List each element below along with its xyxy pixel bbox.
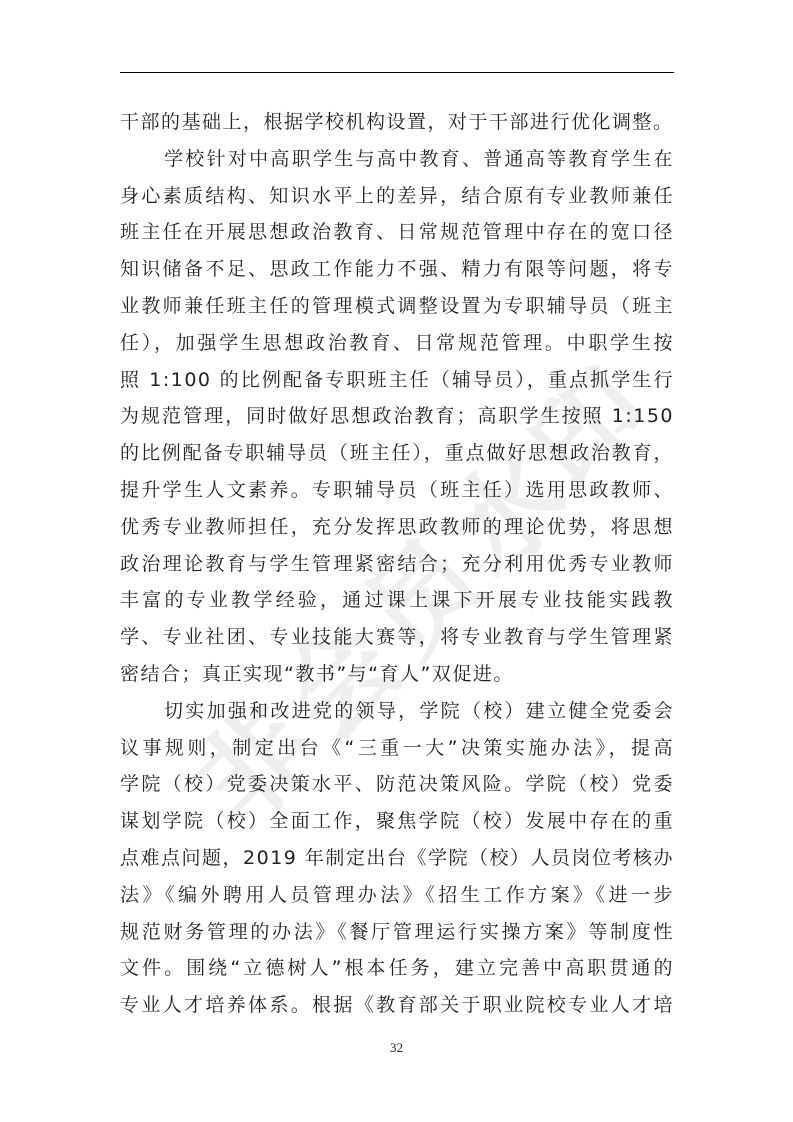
text-line: 为规范管理，同时做好思想政治教育；高职学生按照 1:150 (120, 398, 674, 435)
text-line: 点难点问题，2019 年制定出台《学院（校）人员岗位考核办 (120, 840, 674, 877)
text-line: 规范财务管理的办法》《餐厅管理运行实操方案》等制度性 (120, 914, 674, 951)
text-line: 学、专业社团、专业技能大赛等，将专业教育与学生管理紧 (120, 619, 674, 656)
text-line: 丰富的专业教学经验，通过课上课下开展专业技能实践教 (120, 582, 674, 619)
text-line: 专业人才培养体系。根据《教育部关于职业院校专业人才培 (120, 987, 674, 1024)
text-line: 文件。围绕“立德树人”根本任务，建立完善中高职贯通的 (120, 950, 674, 987)
text-line: 业教师兼任班主任的管理模式调整设置为专职辅导员（班主 (120, 288, 674, 325)
text-line: 提升学生人文素养。专职辅导员（班主任）选用思政教师、 (120, 472, 674, 509)
text-line: 学院（校）党委决策水平、防范决策风险。学院（校）党委 (120, 766, 674, 803)
text-line: 知识储备不足、思政工作能力不强、精力有限等问题，将专 (120, 251, 674, 288)
text-line: 密结合；真正实现“教书”与“育人”双促进。 (120, 656, 674, 693)
text-line: 议事规则，制定出台《“三重一大”决策实施办法》，提高 (120, 730, 674, 767)
text-line: 学校针对中高职学生与高中教育、普通高等教育学生在 (120, 141, 674, 178)
text-line: 身心素质结构、知识水平上的差异，结合原有专业教师兼任 (120, 178, 674, 215)
text-line: 政治理论教育与学生管理紧密结合；充分利用优秀专业教师 (120, 546, 674, 583)
text-line: 任），加强学生思想政治教育、日常规范管理。中职学生按 (120, 325, 674, 362)
text-line: 班主任在开展思想政治教育、日常规范管理中存在的宽口径 (120, 214, 674, 251)
text-line: 谋划学院（校）全面工作，聚焦学院（校）发展中存在的重 (120, 803, 674, 840)
text-line: 优秀专业教师担任，充分发挥思政教师的理论优势，将思想 (120, 509, 674, 546)
text-line: 照 1:100 的比例配备专职班主任（辅导员），重点抓学生行 (120, 362, 674, 399)
body-text: 干部的基础上，根据学校机构设置，对于干部进行优化调整。学校针对中高职学生与高中教… (120, 104, 674, 1024)
page-number: 32 (0, 1040, 793, 1056)
text-line: 的比例配备专职辅导员（班主任），重点做好思想政治教育， (120, 435, 674, 472)
document-page: 非会员水印 干部的基础上，根据学校机构设置，对于干部进行优化调整。学校针对中高职… (0, 0, 793, 1122)
text-line: 法》《编外聘用人员管理办法》《招生工作方案》《进一步 (120, 877, 674, 914)
text-line: 切实加强和改进党的领导，学院（校）建立健全党委会 (120, 693, 674, 730)
text-line: 干部的基础上，根据学校机构设置，对于干部进行优化调整。 (120, 104, 674, 141)
header-rule (120, 72, 674, 73)
